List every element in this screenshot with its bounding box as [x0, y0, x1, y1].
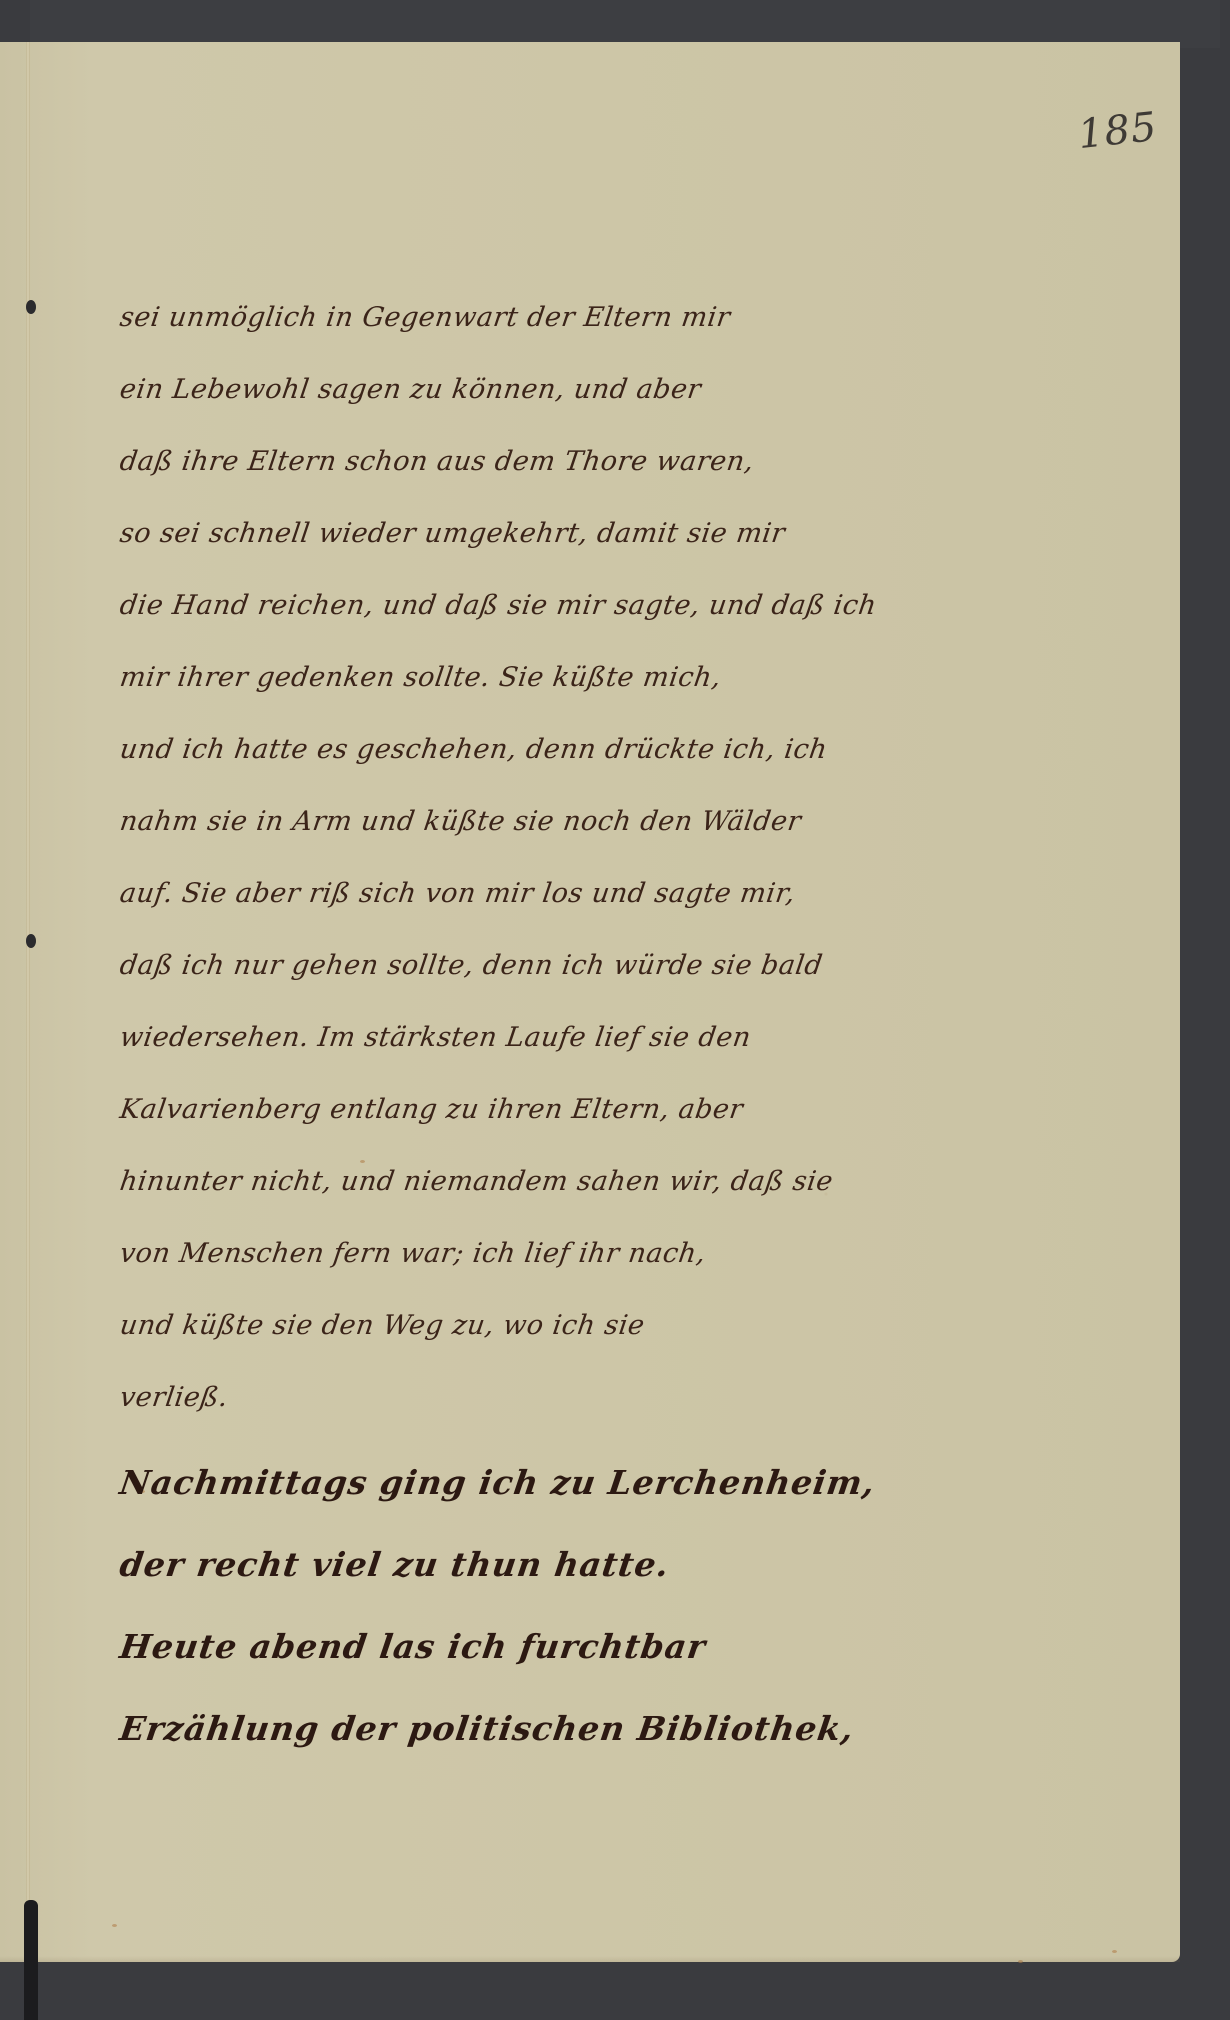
text-line: und ich hatte es geschehen, denn drückte… [115, 714, 885, 786]
text-line: so sei schnell wieder umgekehrt, damit s… [115, 498, 885, 570]
paper-speck [1112, 1950, 1117, 1953]
text-line: daß ich nur gehen sollte, denn ich würde… [115, 930, 885, 1002]
text-line: und küßte sie den Weg zu, wo ich sie [115, 1290, 885, 1362]
text-line: sei unmöglich in Gegenwart der Eltern mi… [115, 282, 885, 354]
paragraph: sei unmöglich in Gegenwart der Eltern mi… [120, 282, 880, 1434]
text-line: mir ihrer gedenken sollte. Sie küßte mic… [115, 642, 885, 714]
text-line: nahm sie in Arm und küßte sie noch den W… [115, 786, 885, 858]
text-line: hinunter nicht, und niemandem sahen wir,… [115, 1146, 885, 1218]
manuscript-text: sei unmöglich in Gegenwart der Eltern mi… [120, 282, 880, 1770]
binding-hole [26, 934, 36, 948]
text-line: auf. Sie aber riß sich von mir los und s… [115, 858, 885, 930]
paper-speck [112, 1924, 117, 1927]
paper-speck [1018, 1960, 1023, 1963]
text-line: Heute abend las ich furchtbar [114, 1606, 886, 1688]
binding-thread [24, 1900, 38, 2020]
binding-gutter [26, 42, 30, 1962]
binding-hole [26, 300, 36, 314]
text-line: von Menschen fern war; ich lief ihr nach… [115, 1218, 885, 1290]
manuscript-page: 185 sei unmöglich in Gegenwart der Elter… [0, 42, 1180, 1962]
paragraph: Nachmittags ging ich zu Lerchenheim, der… [120, 1442, 880, 1770]
page-number: 185 [1076, 104, 1160, 158]
text-line: ein Lebewohl sagen zu können, und aber [115, 354, 885, 426]
text-line: Erzählung der politischen Bibliothek, [114, 1688, 886, 1770]
text-line: Kalvarienberg entlang zu ihren Eltern, a… [115, 1074, 885, 1146]
text-line: Nachmittags ging ich zu Lerchenheim, [114, 1442, 886, 1524]
text-line: wiedersehen. Im stärksten Laufe lief sie… [115, 1002, 885, 1074]
scanner-background-top [30, 0, 1220, 48]
text-line: die Hand reichen, und daß sie mir sagte,… [115, 570, 885, 642]
text-line: daß ihre Eltern schon aus dem Thore ware… [115, 426, 885, 498]
text-line: der recht viel zu thun hatte. [114, 1524, 886, 1606]
text-line: verließ. [115, 1362, 885, 1434]
paragraph-gap [120, 1434, 880, 1442]
